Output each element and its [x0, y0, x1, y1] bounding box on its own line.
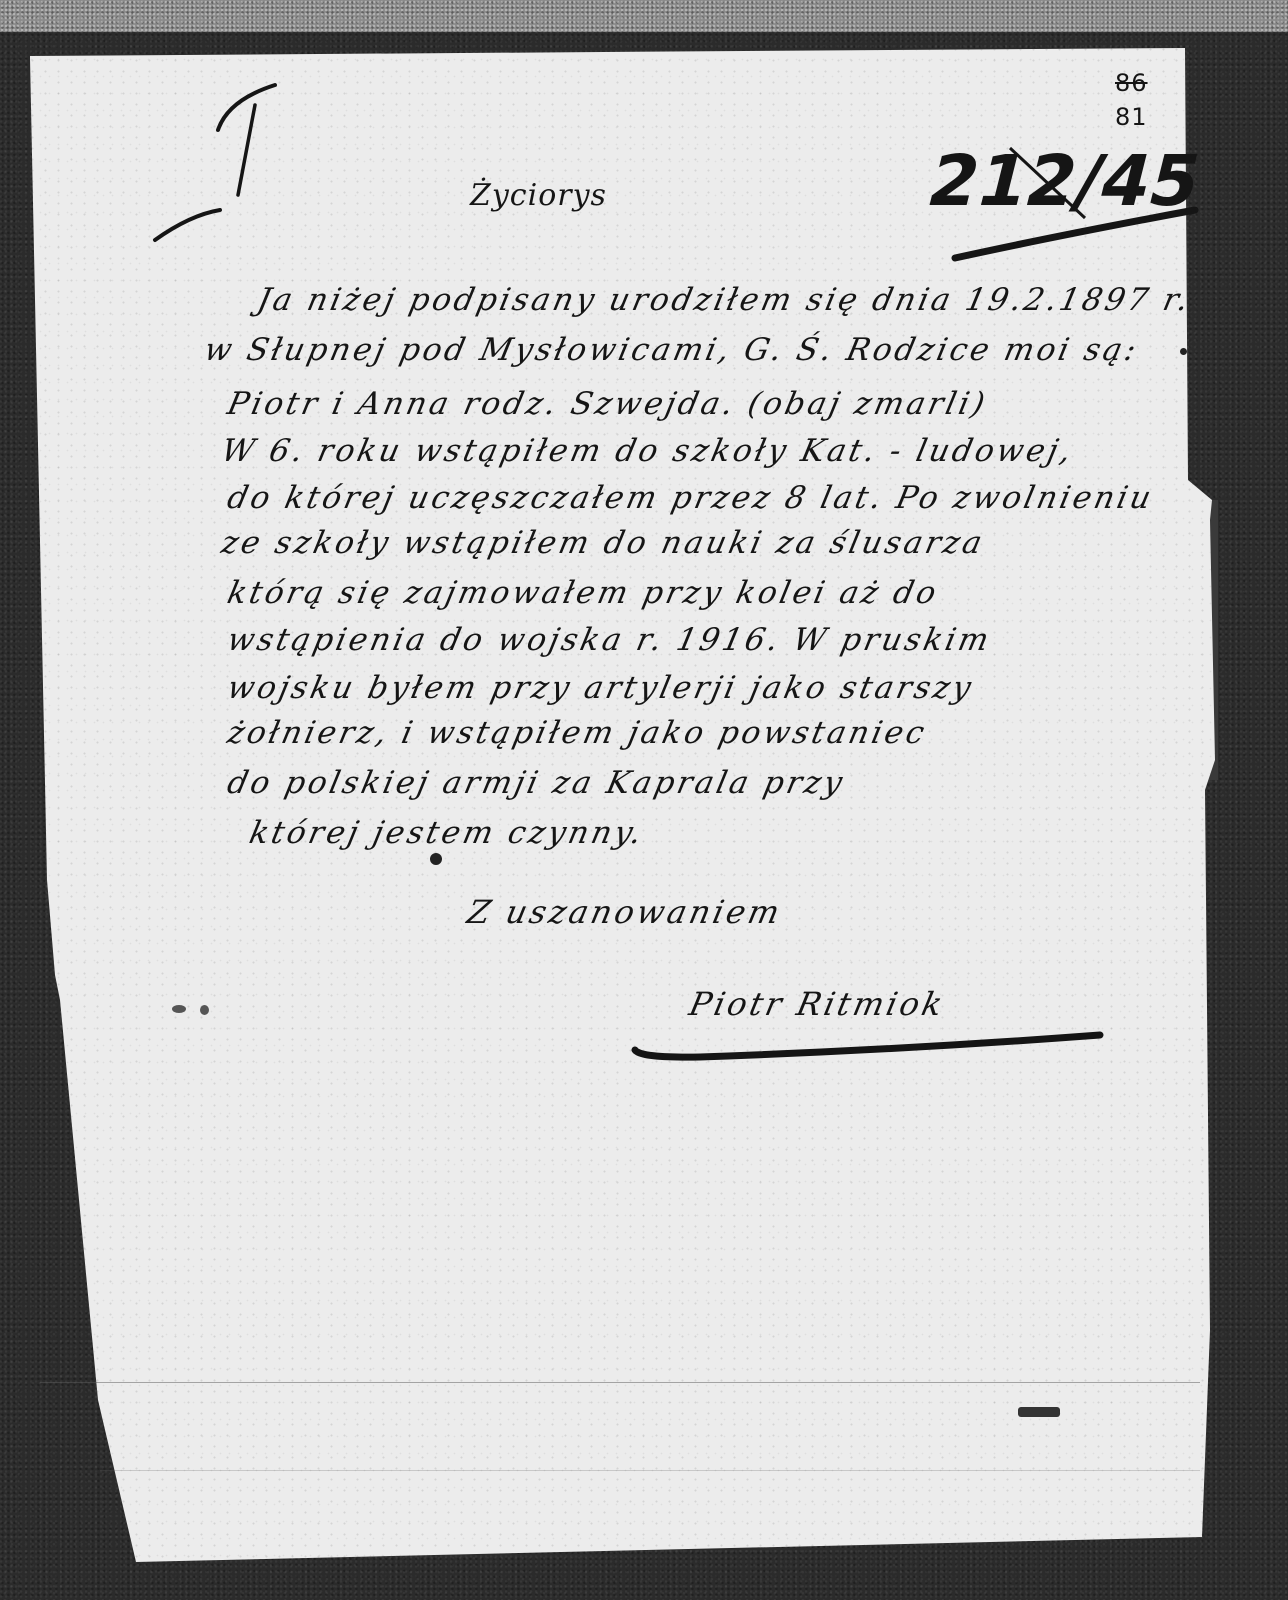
archive-code: 86 81 [1115, 66, 1148, 134]
closing-salutation: Z uszanowaniem [464, 893, 786, 931]
archive-code-bottom: 81 [1115, 100, 1148, 134]
ink-blot [1180, 348, 1187, 355]
body-line: wojsku byłem przy artylerji jako starszy [224, 670, 977, 706]
body-line: której jestem czynny. [246, 815, 647, 851]
body-line: Ja niżej podpisany urodziłem się dnia 19… [254, 282, 1194, 318]
signature: Piotr Ritmiok [686, 985, 949, 1023]
body-line: wstąpienia do wojska r. 1916. W pruskim [224, 622, 995, 658]
ink-blot [172, 1005, 186, 1013]
body-line: którą się zajmowałem przy kolei aż do [224, 575, 942, 611]
ruled-line [40, 1382, 1200, 1383]
body-line: Piotr i Anna rodz. Szwejda. (obaj zmarli… [224, 386, 991, 422]
body-line: w Słupnej pod Mysłowicami, G. Ś. Rodzice… [201, 332, 1142, 368]
body-line: ze szkoły wstąpiłem do nauki za ślusarza [218, 525, 988, 561]
body-line: żołnierz, i wstąpiłem jako powstaniec [224, 715, 930, 751]
body-line: do której uczęszczałem przez 8 lat. Po z… [224, 480, 1157, 516]
scan-background-top [0, 0, 1288, 32]
ink-blot [430, 853, 442, 865]
ruled-line [100, 1470, 1200, 1471]
archive-number: 212/45 [920, 140, 1210, 222]
ink-mark [1018, 1407, 1060, 1417]
ink-blot [200, 1005, 209, 1015]
body-line: W 6. roku wstąpiłem do szkoły Kat. - lud… [218, 433, 1077, 469]
roman-numeral-mark [150, 80, 300, 250]
body-line: do polskiej armji za Kaprala przy [224, 765, 848, 801]
document-title: Życiorys [470, 178, 607, 213]
archive-code-top: 86 [1115, 66, 1148, 100]
